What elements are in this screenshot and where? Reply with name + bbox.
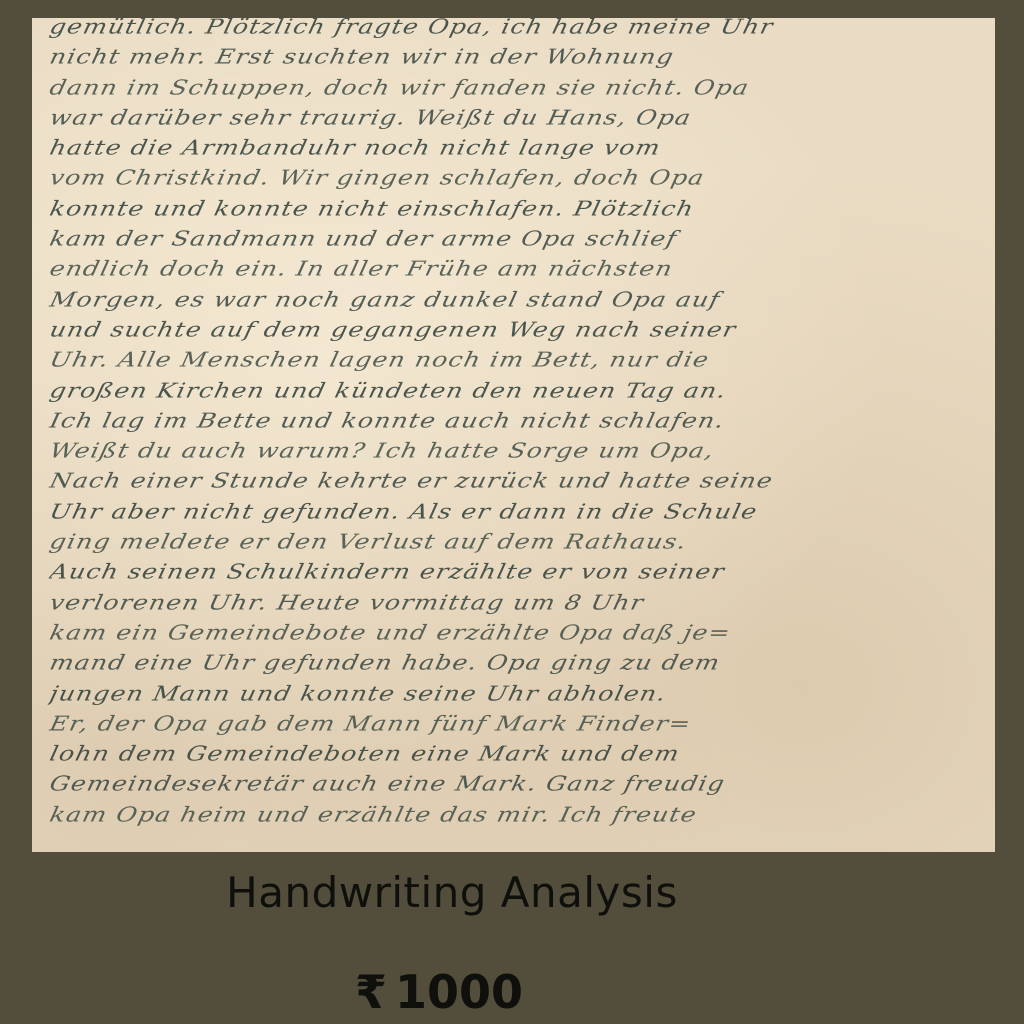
product-title: Handwriting Analysis: [0, 868, 904, 917]
handwriting-lines: gemütlich. Plötzlich fragte Opa, ich hab…: [50, 18, 989, 830]
handwriting-line: Uhr. Alle Menschen lagen noch im Bett, n…: [47, 348, 991, 373]
handwriting-line: kam der Sandmann und der arme Opa schlie…: [47, 227, 991, 252]
handwriting-line: vom Christkind. Wir gingen schlafen, doc…: [47, 166, 991, 191]
handwriting-line: konnte und konnte nicht einschlafen. Plö…: [47, 197, 991, 222]
handwriting-line: gemütlich. Plötzlich fragte Opa, ich hab…: [47, 18, 991, 40]
rupee-currency-icon: ₹: [355, 965, 387, 1019]
price-value: 1000: [395, 965, 523, 1019]
handwriting-line: Er, der Opa gab dem Mann fünf Mark Finde…: [47, 712, 991, 737]
handwritten-letter-image: gemütlich. Plötzlich fragte Opa, ich hab…: [32, 18, 995, 852]
handwriting-line: dann im Schuppen, doch wir fanden sie ni…: [47, 75, 991, 100]
handwriting-line: endlich doch ein. In aller Frühe am näch…: [47, 257, 991, 282]
handwriting-line: hatte die Armbanduhr noch nicht lange vo…: [47, 136, 991, 161]
handwriting-line: nicht mehr. Erst suchten wir in der Wohn…: [47, 45, 991, 70]
handwriting-line: Ich lag im Bette und konnte auch nicht s…: [47, 409, 991, 434]
handwriting-line: kam ein Gemeindebote und erzählte Opa da…: [47, 621, 991, 646]
handwriting-line: großen Kirchen und kündeten den neuen Ta…: [47, 378, 991, 403]
handwriting-line: war darüber sehr traurig. Weißt du Hans,…: [47, 106, 991, 131]
handwriting-line: ging meldete er den Verlust auf dem Rath…: [47, 530, 991, 555]
handwriting-line: Auch seinen Schulkindern erzählte er von…: [47, 560, 991, 585]
handwriting-line: jungen Mann und konnte seine Uhr abholen…: [47, 681, 991, 706]
handwriting-line: Uhr aber nicht gefunden. Als er dann in …: [47, 499, 991, 524]
handwriting-line: verlorenen Uhr. Heute vormittag um 8 Uhr: [47, 590, 991, 615]
handwriting-line: Gemeindesekretär auch eine Mark. Ganz fr…: [47, 772, 991, 797]
handwriting-line: Nach einer Stunde kehrte er zurück und h…: [47, 469, 991, 494]
handwriting-line: Morgen, es war noch ganz dunkel stand Op…: [47, 287, 991, 312]
handwriting-line: mand eine Uhr gefunden habe. Opa ging zu…: [47, 651, 991, 676]
handwriting-line: Weißt du auch warum? Ich hatte Sorge um …: [47, 439, 991, 464]
product-price: ₹1000: [0, 965, 878, 1019]
handwriting-line: und suchte auf dem gegangenen Weg nach s…: [47, 318, 991, 343]
handwriting-line: lohn dem Gemeindeboten eine Mark und dem: [47, 742, 991, 767]
handwriting-line: kam Opa heim und erzählte das mir. Ich f…: [47, 802, 991, 827]
